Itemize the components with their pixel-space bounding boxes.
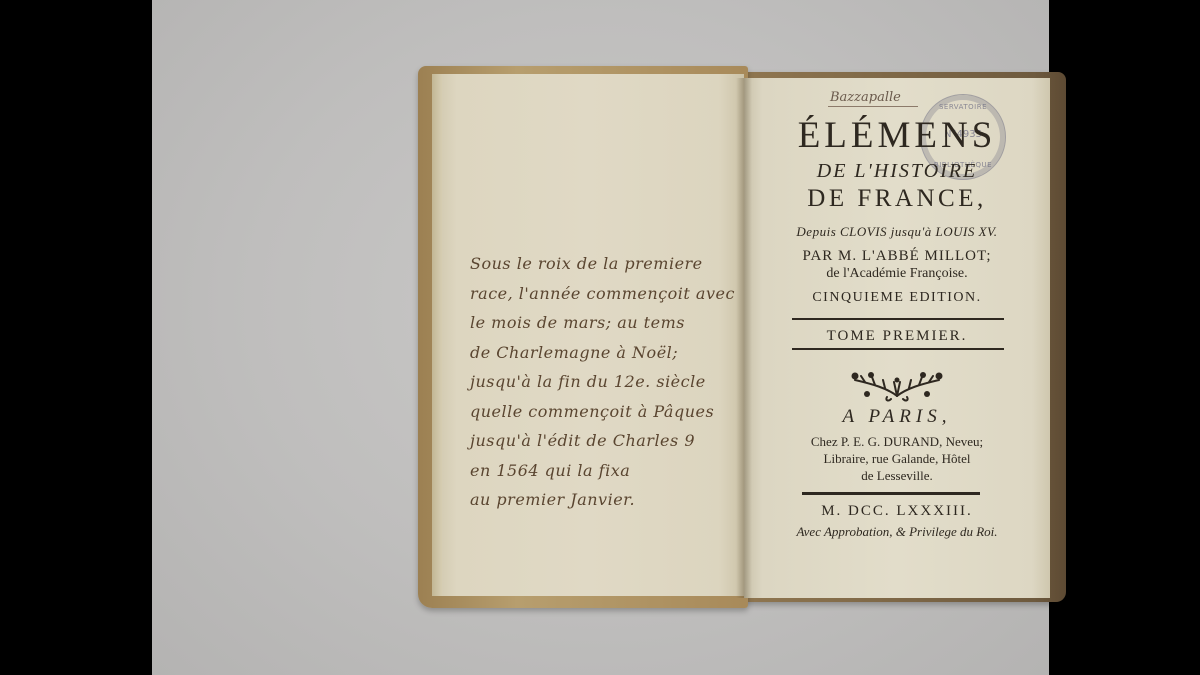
book-title: ÉLÉMENS: [744, 114, 1050, 157]
handwritten-annotation: Bazzapalle: [830, 90, 901, 105]
hand-line: au premier Janvier.: [470, 485, 760, 515]
annotation-underline: [828, 106, 918, 107]
volume-line: TOME PREMIER.: [744, 328, 1050, 345]
left-flyleaf: Sous le roix de la premiere race, l'anné…: [432, 74, 744, 596]
title-page: Bazzapalle SERVATOIRE N°4935 BIBLIOTHÈQU…: [744, 78, 1050, 598]
rule-bottom: [792, 348, 1004, 350]
hand-line: jusqu'à l'édit de Charles 9: [470, 426, 760, 456]
place-line: A PARIS,: [744, 406, 1050, 428]
rule-top: [792, 318, 1004, 320]
open-book: Sous le roix de la premiere race, l'anné…: [414, 64, 1066, 612]
publisher-line: de Lesseville.: [744, 467, 1050, 484]
fleuron-ornament-icon: [847, 366, 947, 404]
hand-line: quelle commençoit à Pâques: [470, 397, 760, 427]
subtitle-line-1: DE L'HISTOIRE: [744, 160, 1050, 183]
publisher-block: Chez P. E. G. DURAND, Neveu; Libraire, r…: [744, 433, 1050, 484]
hand-line: de Charlemagne à Noël;: [470, 338, 760, 368]
year-line: M. DCC. LXXXIII.: [744, 503, 1050, 520]
hand-line: jusqu'à la fin du 12e. siècle: [470, 367, 760, 397]
author-line: PAR M. L'ABBÉ MILLOT;: [744, 248, 1050, 265]
publisher-line: Chez P. E. G. DURAND, Neveu;: [744, 433, 1050, 450]
affiliation-line: de l'Académie Françoise.: [744, 266, 1050, 282]
hand-line: Sous le roix de la premiere: [470, 249, 760, 279]
hand-line: en 1564 qui la fixa: [470, 456, 760, 486]
edition-line: CINQUIEME EDITION.: [744, 290, 1050, 306]
stamp-top-text: SERVATOIRE: [921, 103, 1005, 111]
photo-backdrop: Sous le roix de la premiere race, l'anné…: [152, 0, 1049, 675]
publisher-line: Libraire, rue Galande, Hôtel: [744, 450, 1050, 467]
privilege-line: Avec Approbation, & Privilege du Roi.: [744, 524, 1050, 540]
handwritten-note: Sous le roix de la premiere race, l'anné…: [470, 249, 760, 515]
hand-line: le mois de mars; au tems: [470, 308, 760, 338]
period-line: Depuis CLOVIS jusqu'à LOUIS XV.: [744, 224, 1050, 240]
rule-publisher: [802, 492, 980, 495]
subtitle-line-2: DE FRANCE,: [744, 185, 1050, 213]
hand-line: race, l'année commençoit avec: [470, 279, 760, 309]
